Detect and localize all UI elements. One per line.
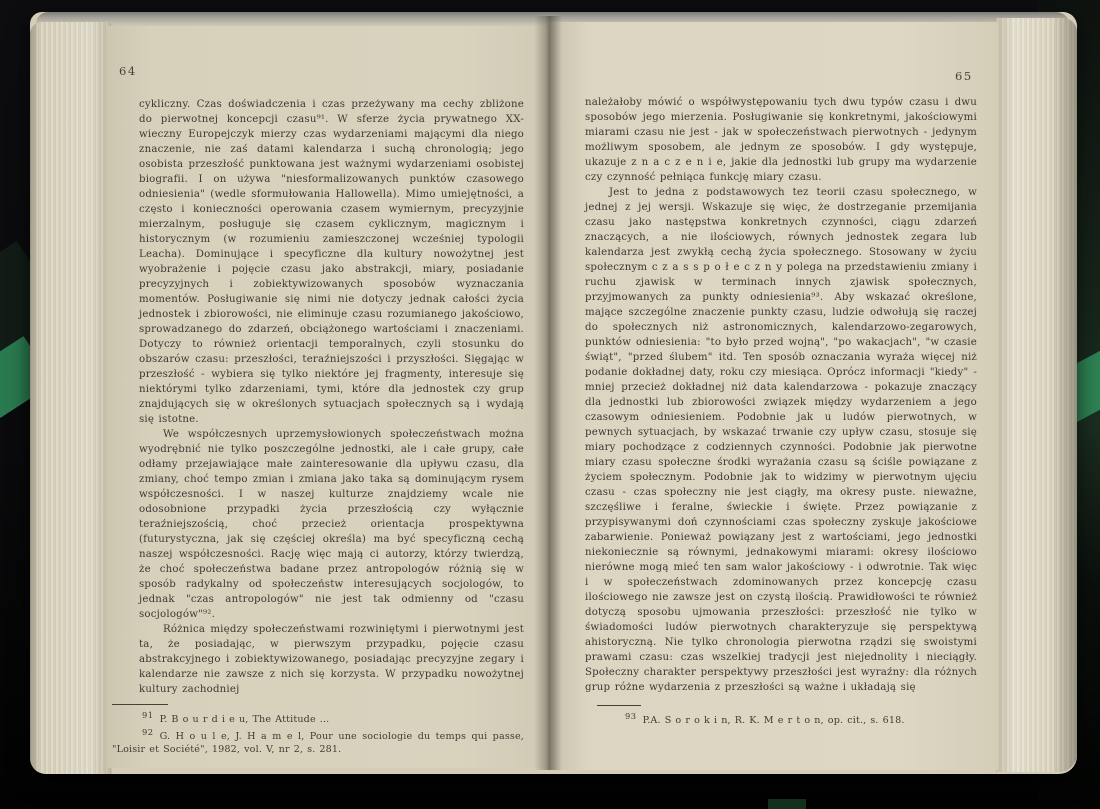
footnote: 91P. B o u r d i e u, The Attitude ... [112, 709, 524, 726]
book-fore-edge-left [30, 22, 112, 774]
body-paragraph: Jest to jedna z podstawowych tez teorii … [585, 185, 977, 695]
body-paragraph: cykliczny. Czas doświadczenia i czas prz… [139, 97, 524, 427]
footnote-text: G. H o u l e, J. H a m e l, Pour une soc… [112, 731, 524, 755]
photo-scene: 64 65 cykliczny. Czas doświadczenia i cz… [0, 0, 1100, 809]
footnote-text: P.A. S o r o k i n, R. K. M e r t o n, o… [643, 715, 905, 726]
page-right-text: należałoby mówić o współwystępowaniu tyc… [585, 95, 977, 727]
footnote-number: 92 [142, 727, 154, 737]
page-left-text: cykliczny. Czas doświadczenia i czas prz… [139, 97, 524, 757]
footnotes-right: 93P.A. S o r o k i n, R. K. M e r t o n,… [597, 705, 976, 727]
body-paragraph: We współczesnych uprzemysłowionych społe… [139, 427, 524, 622]
body-paragraph: Różnica między społeczeństwami rozwinięt… [139, 622, 524, 697]
footnote-text: P. B o u r d i e u, The Attitude ... [160, 714, 330, 725]
footnote-rule [112, 704, 168, 705]
footnotes-left: 91P. B o u r d i e u, The Attitude ... 9… [112, 704, 524, 757]
page-number-left: 64 [119, 64, 137, 78]
book-fore-edge-right [996, 18, 1077, 772]
footnote-rule [597, 705, 641, 706]
body-paragraph: należałoby mówić o współwystępowaniu tyc… [585, 95, 977, 185]
footnote: 92G. H o u l e, J. H a m e l, Pour une s… [112, 726, 524, 756]
footnote: 93P.A. S o r o k i n, R. K. M e r t o n,… [597, 710, 976, 727]
footnote-number: 93 [625, 711, 637, 721]
book-gutter [534, 16, 562, 770]
green-mat-bottom [768, 799, 806, 809]
page-number-right: 65 [955, 69, 973, 83]
footnote-number: 91 [142, 710, 154, 720]
